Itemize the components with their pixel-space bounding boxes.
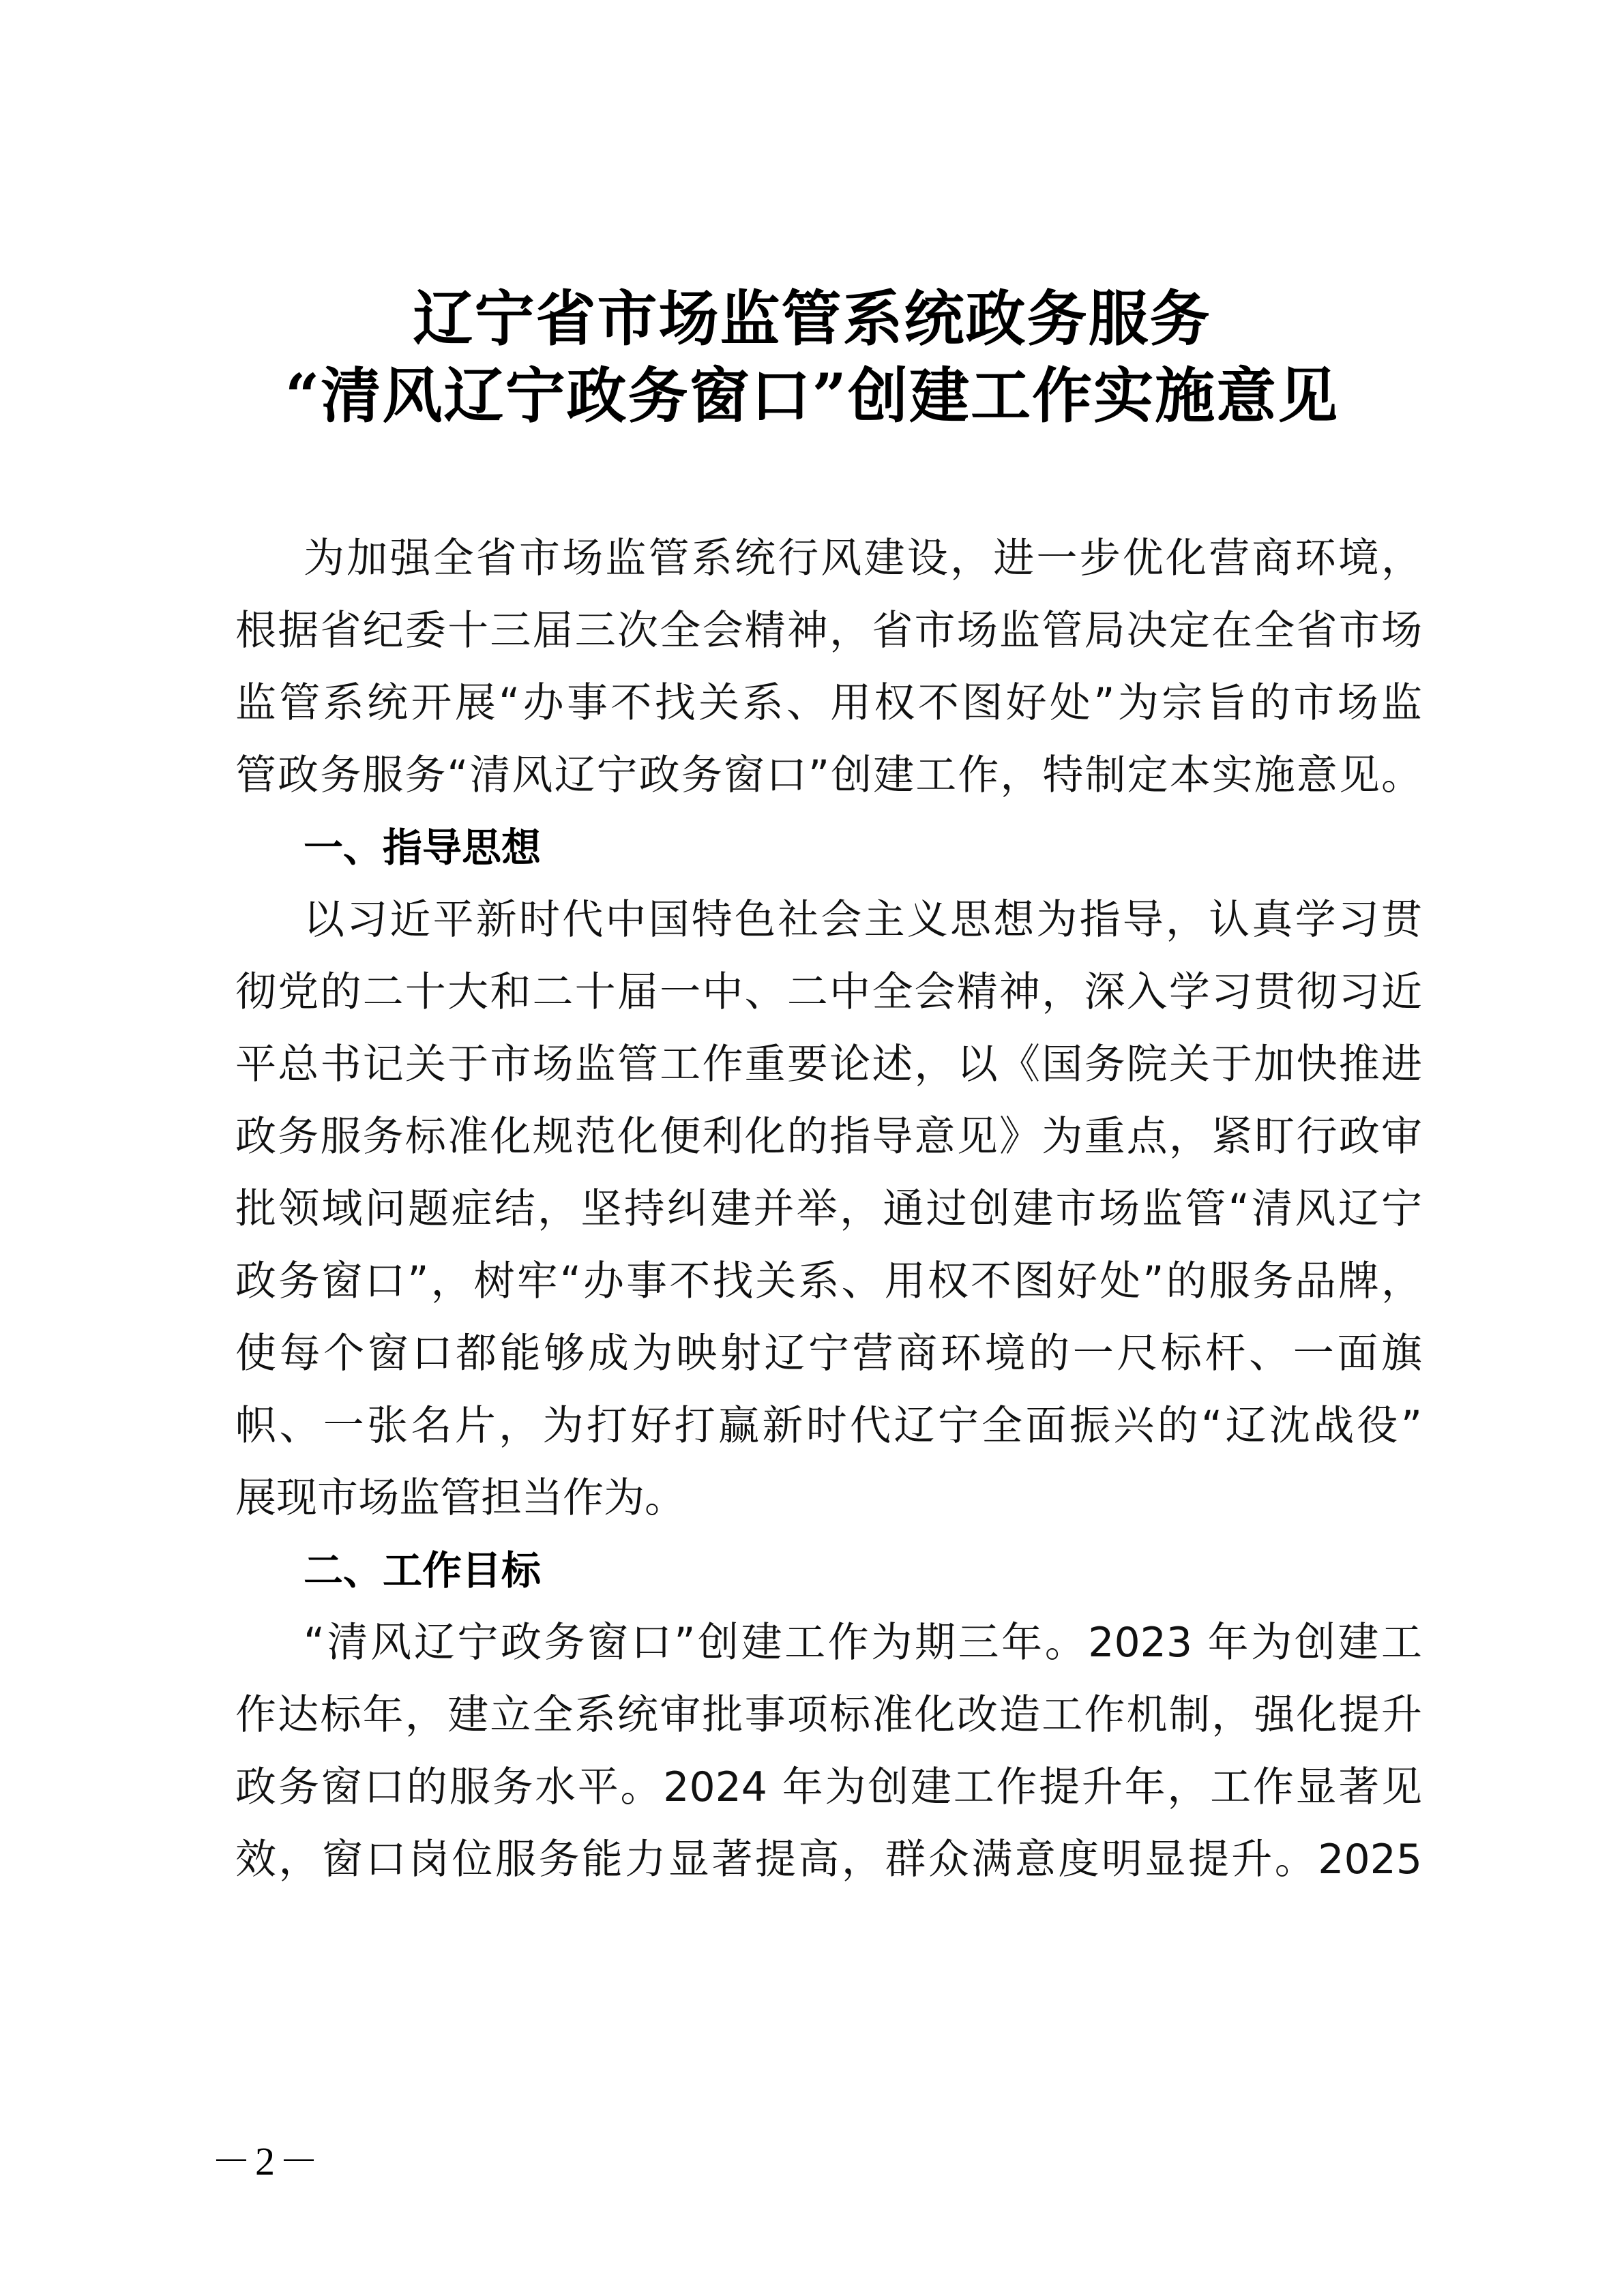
section-1-line: 使每个窗口都能够成为映射辽宁营商环境的一尺标杆、一面旗 [235,1317,1422,1390]
section-1-line: 展现市场监管担当作为。 [235,1462,1422,1534]
intro-line: 为加强全省市场监管系统行风建设，进一步优化营商环境， [235,522,1422,595]
section-1-line: 帜、一张名片，为打好打赢新时代辽宁全面振兴的“辽沈战役” [235,1390,1422,1462]
section-1-line: 彻党的二十大和二十届一中、二中全会精神，深入学习贯彻习近 [235,956,1422,1028]
document-page: 辽宁省市场监管系统政务服务 “清风辽宁政务窗口”创建工作实施意见 为加强全省市场… [0,0,1624,2296]
intro-line: 根据省纪委十三届三次全会精神，省市场监管局决定在全省市场 [235,595,1422,667]
intro-line: 监管系统开展“办事不找关系、用权不图好处”为宗旨的市场监 [235,667,1422,739]
document-body: 为加强全省市场监管系统行风建设，进一步优化营商环境， 根据省纪委十三届三次全会精… [235,522,1422,1896]
section-1-line: 以习近平新时代中国特色社会主义思想为指导，认真学习贯 [235,884,1422,956]
section-1-line: 平总书记关于市场监管工作重要论述，以《国务院关于加快推进 [235,1028,1422,1101]
section-1-line: 批领域问题症结，坚持纠建并举，通过创建市场监管“清风辽宁 [235,1173,1422,1245]
section-2-line: 作达标年，建立全系统审批事项标准化改造工作机制，强化提升 [235,1679,1422,1751]
section-heading-work-goals: 二、工作目标 [235,1534,1422,1607]
page-number: －2－ [211,2129,323,2186]
section-2-line: 政务窗口的服务水平。2024 年为创建工作提升年，工作显著见 [235,1751,1422,1823]
section-1-line: 政务窗口”，树牢“办事不找关系、用权不图好处”的服务品牌， [235,1245,1422,1317]
section-2-line: “清风辽宁政务窗口”创建工作为期三年。2023 年为创建工 [235,1607,1422,1679]
section-2-line: 效，窗口岗位服务能力显著提高，群众满意度明显提升。2025 [235,1823,1422,1896]
document-title-line-2: “清风辽宁政务窗口”创建工作实施意见 [0,358,1624,433]
section-1-line: 政务服务标准化规范化便利化的指导意见》为重点，紧盯行政审 [235,1101,1422,1173]
document-title-line-1: 辽宁省市场监管系统政务服务 [0,281,1624,356]
intro-line: 管政务服务“清风辽宁政务窗口”创建工作，特制定本实施意见。 [235,739,1422,811]
section-heading-guiding-ideology: 一、指导思想 [235,811,1422,884]
